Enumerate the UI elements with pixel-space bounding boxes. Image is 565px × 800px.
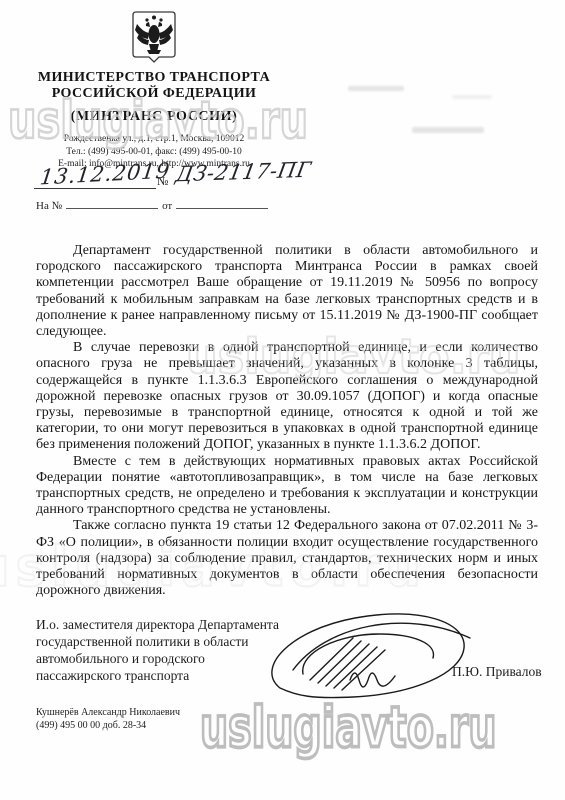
- reply-date-blank: [176, 197, 268, 209]
- reply-label-na: На №: [36, 200, 62, 212]
- ministry-name-line1: МИНИСТЕРСТВО ТРАНСПОРТА: [18, 70, 290, 86]
- russia-coat-of-arms-icon: [131, 10, 177, 64]
- scan-artifact: [452, 95, 492, 99]
- reply-label-ot: от: [162, 200, 172, 212]
- letter-number-handwritten: ДЗ-2117-ПГ: [174, 158, 313, 187]
- ministry-phone: Тел.: (499) 495-00-01, факс: (499) 495-0…: [18, 146, 290, 159]
- handwritten-signature-icon: [255, 608, 475, 708]
- scan-artifact: [412, 127, 484, 133]
- ministry-address: Рождественка ул., д.1, стр.1, Москва, 10…: [18, 133, 290, 146]
- letter-body: Департамент государственной политики в о…: [36, 243, 538, 599]
- executor-block: Кушнерёв Александр Николаевич (499) 495 …: [36, 706, 180, 732]
- body-paragraph: Также согласно пункта 19 статьи 12 Федер…: [36, 518, 538, 599]
- executor-name: Кушнерёв Александр Николаевич: [36, 706, 180, 719]
- letterhead: МИНИСТЕРСТВО ТРАНСПОРТА РОССИЙСКОЙ ФЕДЕР…: [18, 10, 290, 171]
- ministry-short-name: (МИНТРАНС РОССИИ): [18, 109, 290, 125]
- ministry-name-line2: РОССИЙСКОЙ ФЕДЕРАЦИИ: [18, 86, 290, 102]
- body-paragraph: В случае перевозки в одной транспортной …: [36, 340, 538, 453]
- reply-number-blank: [66, 197, 158, 209]
- executor-phone: (499) 495 00 00 доб. 28-34: [36, 719, 180, 732]
- reply-reference-line: На №от: [36, 197, 272, 212]
- document-page: uslugiavto.ru uslugiavto.ru uslugiavto.r…: [0, 0, 565, 800]
- scan-artifact: [348, 86, 404, 91]
- body-paragraph: Департамент государственной политики в о…: [36, 243, 538, 340]
- body-paragraph: Вместе с тем в действующих нормативных п…: [36, 454, 538, 519]
